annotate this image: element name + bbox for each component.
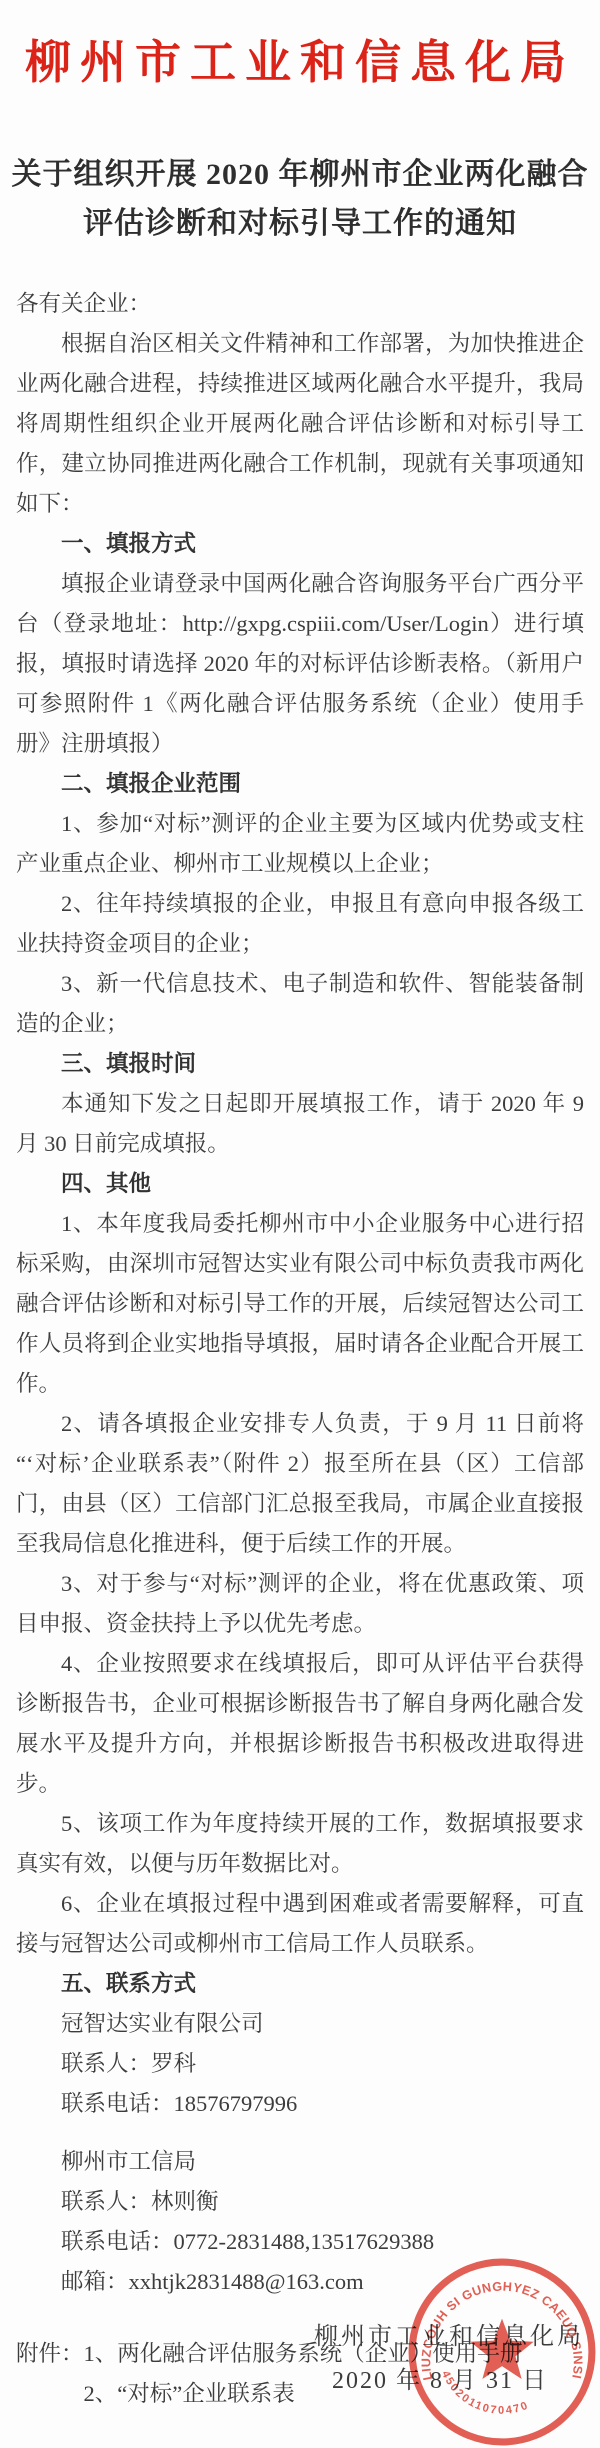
star-icon <box>470 2319 533 2379</box>
section-4-item-4: 4、企业按照要求在线填报后，即可从评估平台获得诊断报告书，企业可根据诊断报告书了… <box>16 1644 584 1804</box>
section-4-heading: 四、其他 <box>16 1164 584 1204</box>
document-title-line1: 关于组织开展 2020 年柳州市企业两化融合 <box>0 150 600 199</box>
section-2-item-3: 3、新一代信息技术、电子制造和软件、智能装备制造的企业； <box>16 964 584 1044</box>
section-3-paragraph: 本通知下发之日起即开展填报工作，请于 2020 年 9 月 30 日前完成填报。 <box>16 1084 584 1164</box>
official-notice-document: 柳州市工业和信息化局 关于组织开展 2020 年柳州市企业两化融合 评估诊断和对… <box>0 0 600 2448</box>
contact-block-guanzhida: 冠智达实业有限公司 联系人：罗科 联系电话：18576797996 <box>16 2004 584 2124</box>
section-1-paragraph: 填报企业请登录中国两化融合咨询服务平台广西分平台（登录地址：http://gxp… <box>16 564 584 764</box>
contact2-company: 柳州市工信局 <box>16 2142 584 2182</box>
section-3-heading: 三、填报时间 <box>16 1044 584 1084</box>
contact1-person: 联系人：罗科 <box>16 2044 584 2084</box>
section-2-item-2: 2、往年持续填报的企业，申报且有意向申报各级工业扶持资金项目的企业； <box>16 884 584 964</box>
official-seal: LIUZCOUH SI GUNGHYEZ CAEUQ SINSIZVA GIZ … <box>406 2256 598 2448</box>
section-4-item-3: 3、对于参与“对标”测评的企业，将在优惠政策、项目申报、资金扶持上予以优先考虑。 <box>16 1564 584 1644</box>
section-2-item-1: 1、参加“对标”测评的企业主要为区域内优势或支柱产业重点企业、柳州市工业规模以上… <box>16 804 584 884</box>
section-1-heading: 一、填报方式 <box>16 524 584 564</box>
document-title-line2: 评估诊断和对标引导工作的通知 <box>0 199 600 248</box>
document-title: 关于组织开展 2020 年柳州市企业两化融合 评估诊断和对标引导工作的通知 <box>0 150 600 248</box>
contact2-person: 联系人：林则衡 <box>16 2182 584 2222</box>
salutation: 各有关企业： <box>16 284 584 324</box>
section-4-item-6: 6、企业在填报过程中遇到困难或者需要解释，可直接与冠智达公司或柳州市工信局工作人… <box>16 1884 584 1964</box>
contact1-company: 冠智达实业有限公司 <box>16 2004 584 2044</box>
section-4-item-5: 5、该项工作为年度持续开展的工作，数据填报要求真实有效，以便与历年数据比对。 <box>16 1804 584 1884</box>
section-4-item-1: 1、本年度我局委托柳州市中小企业服务中心进行招标采购，由深圳市冠智达实业有限公司… <box>16 1204 584 1404</box>
contact1-phone: 联系电话：18576797996 <box>16 2084 584 2124</box>
section-5-heading: 五、联系方式 <box>16 1964 584 2004</box>
intro-paragraph: 根据自治区相关文件精神和工作部署，为加快推进企业两化融合进程，持续推进区域两化融… <box>16 324 584 524</box>
section-2-heading: 二、填报企业范围 <box>16 764 584 804</box>
section-4-item-2: 2、请各填报企业安排专人负责，于 9 月 11 日前将“‘对标’企业联系表”（附… <box>16 1404 584 1564</box>
document-body: 各有关企业： 根据自治区相关文件精神和工作部署，为加快推进企业两化融合进程，持续… <box>0 284 600 2414</box>
agency-masthead: 柳州市工业和信息化局 <box>0 0 600 92</box>
